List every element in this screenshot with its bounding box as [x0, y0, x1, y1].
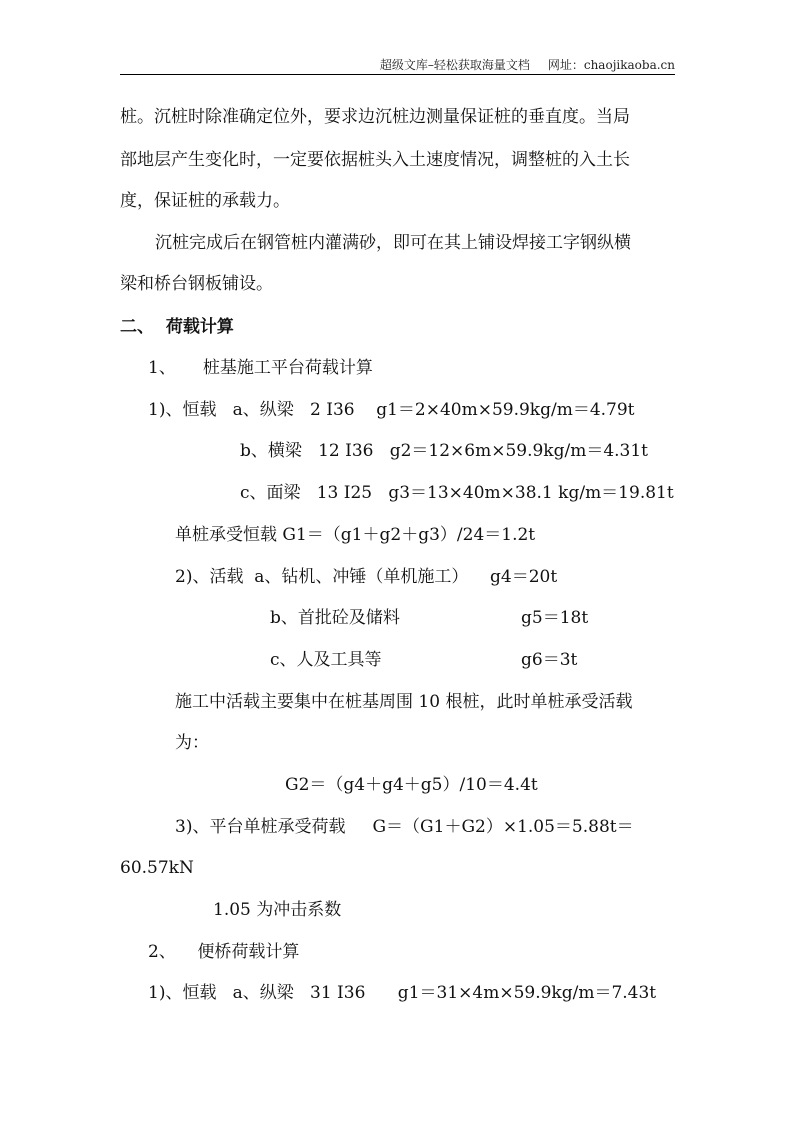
paragraph-line: 度，保证桩的承载力。 — [120, 190, 290, 212]
subsection-heading: 1、 桩基施工平台荷载计算 — [148, 357, 373, 379]
subsection-heading: 2、 便桥荷载计算 — [148, 941, 299, 963]
header-url: 网址：chaojikaoba.cn — [548, 58, 675, 72]
paragraph-line: 部地层产生变化时，一定要依据桩头入土速度情况，调整桩的入土长 — [120, 149, 630, 171]
calc-line: 2)、活载 a、钻机、冲锤（单机施工） g4＝20t — [175, 566, 557, 588]
calc-line: 3)、平台单桩承受荷载 G＝（G1＋G2）×1.05＝5.88t＝ — [175, 816, 634, 838]
header-divider — [120, 74, 675, 75]
page-header: 超级文库–轻松获取海量文档网址：chaojikaoba.cn — [120, 56, 675, 74]
calc-value: g6＝3t — [521, 649, 577, 671]
paragraph-line: 梁和桥台钢板铺设。 — [120, 273, 273, 295]
calc-value: g5＝18t — [521, 607, 588, 629]
paragraph-line: 桩。沉桩时除准确定位外，要求边沉桩边测量保证桩的垂直度。当局 — [120, 106, 630, 128]
paragraph-line: 为： — [175, 732, 209, 754]
paragraph-line: 沉桩完成后在钢管桩内灌满砂，即可在其上铺设焊接工字钢纵横 — [155, 232, 631, 254]
calc-line: 单桩承受恒载 G1＝（g1＋g2＋g3）/24＝1.2t — [175, 524, 535, 546]
calc-line: 1)、恒载 a、纵梁 2 Ⅰ36 g1＝2×40m×59.9kg/m＝4.79t — [148, 399, 635, 421]
calc-line: b、横梁 12 Ⅰ36 g2＝12×6m×59.9kg/m＝4.31t — [240, 440, 648, 462]
calc-line: c、面梁 13 Ⅰ25 g3＝13×40m×38.1 kg/m＝19.81t — [240, 482, 674, 504]
header-title: 超级文库–轻松获取海量文档 — [380, 58, 530, 72]
calc-line: b、首批砼及储料 — [270, 607, 400, 629]
formula-line: G2＝（g4＋g4＋g5）/10＝4.4t — [285, 774, 538, 796]
calc-line: 60.57kN — [120, 857, 194, 879]
calc-line: 1)、恒载 a、纵梁 31 Ⅰ36 g1＝31×4m×59.9kg/m＝7.43… — [148, 982, 656, 1004]
paragraph-line: 施工中活载主要集中在桩基周围 10 根桩，此时单桩承受活载 — [175, 691, 632, 713]
section-heading: 二、 荷载计算 — [120, 316, 234, 338]
calc-line: c、人及工具等 — [270, 649, 382, 671]
note-line: 1.05 为冲击系数 — [213, 899, 341, 921]
